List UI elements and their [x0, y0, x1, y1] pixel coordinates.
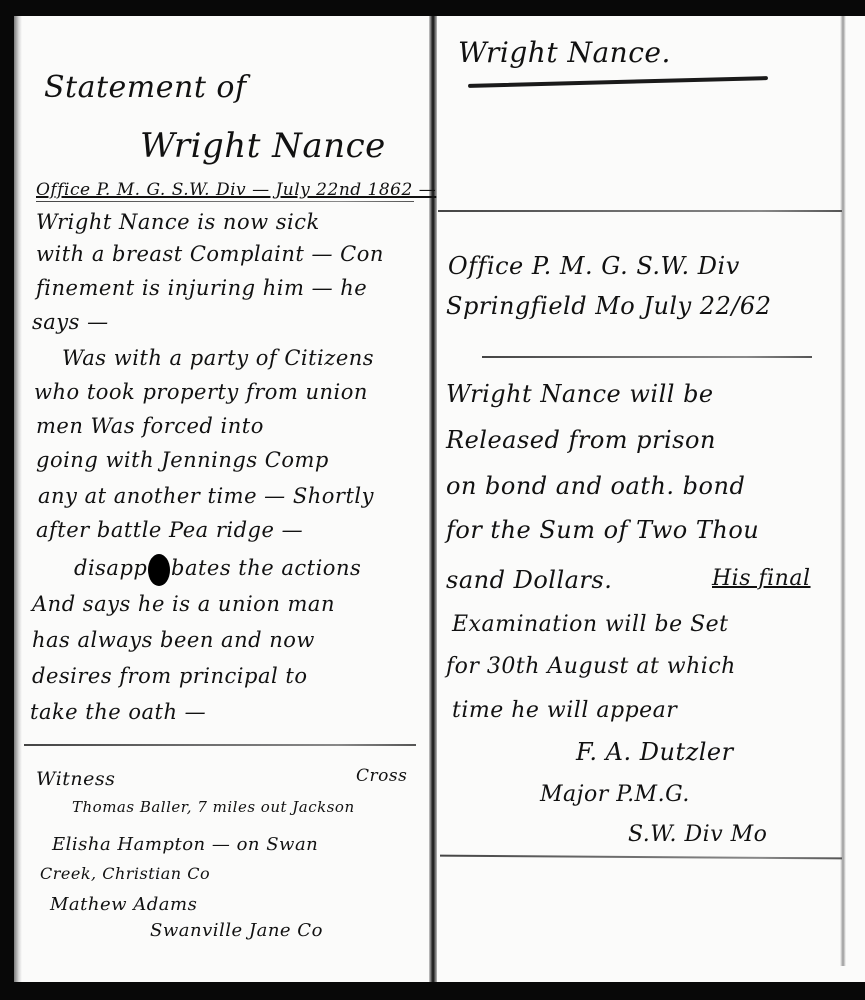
statement-line: says —: [32, 310, 109, 334]
order-line: for 30th August at which: [446, 654, 736, 679]
order-office-line: Office P. M. G. S.W. Div: [448, 252, 740, 280]
paper-right-edge: [840, 16, 846, 966]
order-line: for the Sum of Two Thou: [446, 516, 759, 544]
page-fold: [429, 16, 437, 982]
order-line: time he will appear: [452, 698, 677, 723]
docket-divider: [438, 210, 842, 212]
statement-line: Was with a party of Citizens: [62, 346, 374, 370]
witness-line: Thomas Baller, 7 miles out Jackson: [72, 798, 355, 816]
statement-line: Wright Nance is now sick: [36, 210, 320, 234]
statement-heading-line1: Statement of: [44, 70, 247, 105]
statement-line: any at another time — Shortly: [38, 484, 374, 508]
order-line-final: His final: [712, 566, 811, 591]
order-line: Wright Nance will be: [446, 380, 714, 408]
statement-line: going with Jennings Comp: [36, 448, 329, 472]
witness-line: Swanville Jane Co: [150, 920, 323, 941]
statement-line: who took property from union: [34, 380, 368, 404]
signature-division: S.W. Div Mo: [628, 822, 767, 847]
signature-name: F. A. Dutzler: [576, 738, 734, 766]
witness-note: Cross: [356, 766, 407, 786]
order-divider: [482, 356, 812, 358]
witness-line: Creek, Christian Co: [40, 864, 210, 883]
witness-line: Mathew Adams: [50, 894, 197, 915]
statement-line: And says he is a union man: [32, 592, 335, 616]
ink-blot: [148, 554, 170, 586]
order-line: on bond and oath. bond: [446, 472, 745, 500]
witness-line: Elisha Hampton — on Swan: [52, 834, 318, 855]
signature-title: Major P.M.G.: [540, 782, 690, 807]
order-line: Examination will be Set: [452, 612, 729, 637]
statement-line: has always been and now: [32, 628, 315, 652]
order-line: Released from prison: [446, 426, 716, 454]
office-date-line: Office P. M. G. S.W. Div — July 22nd 186…: [36, 180, 436, 200]
order-line: sand Dollars.: [446, 566, 612, 594]
statement-line: men Was forced into: [36, 414, 264, 438]
document-scan: Statement of Wright Nance Office P. M. G…: [0, 0, 865, 1000]
statement-line: after battle Pea ridge —: [36, 518, 303, 542]
statement-line: take the oath —: [30, 700, 206, 724]
statement-line: finement is injuring him — he: [36, 276, 367, 300]
order-place-date-line: Springfield Mo July 22/62: [446, 292, 771, 320]
paper-left-edge: [14, 16, 22, 982]
witness-divider: [24, 744, 416, 746]
statement-line: disapprobates the actions: [74, 556, 361, 580]
docket-name: Wright Nance.: [458, 36, 671, 69]
statement-line: with a breast Complaint — Con: [36, 242, 384, 266]
statement-heading-name: Wright Nance: [140, 126, 386, 166]
statement-line: desires from principal to: [32, 664, 307, 688]
witness-label: Witness: [36, 768, 115, 790]
office-line-rule: [36, 201, 414, 202]
